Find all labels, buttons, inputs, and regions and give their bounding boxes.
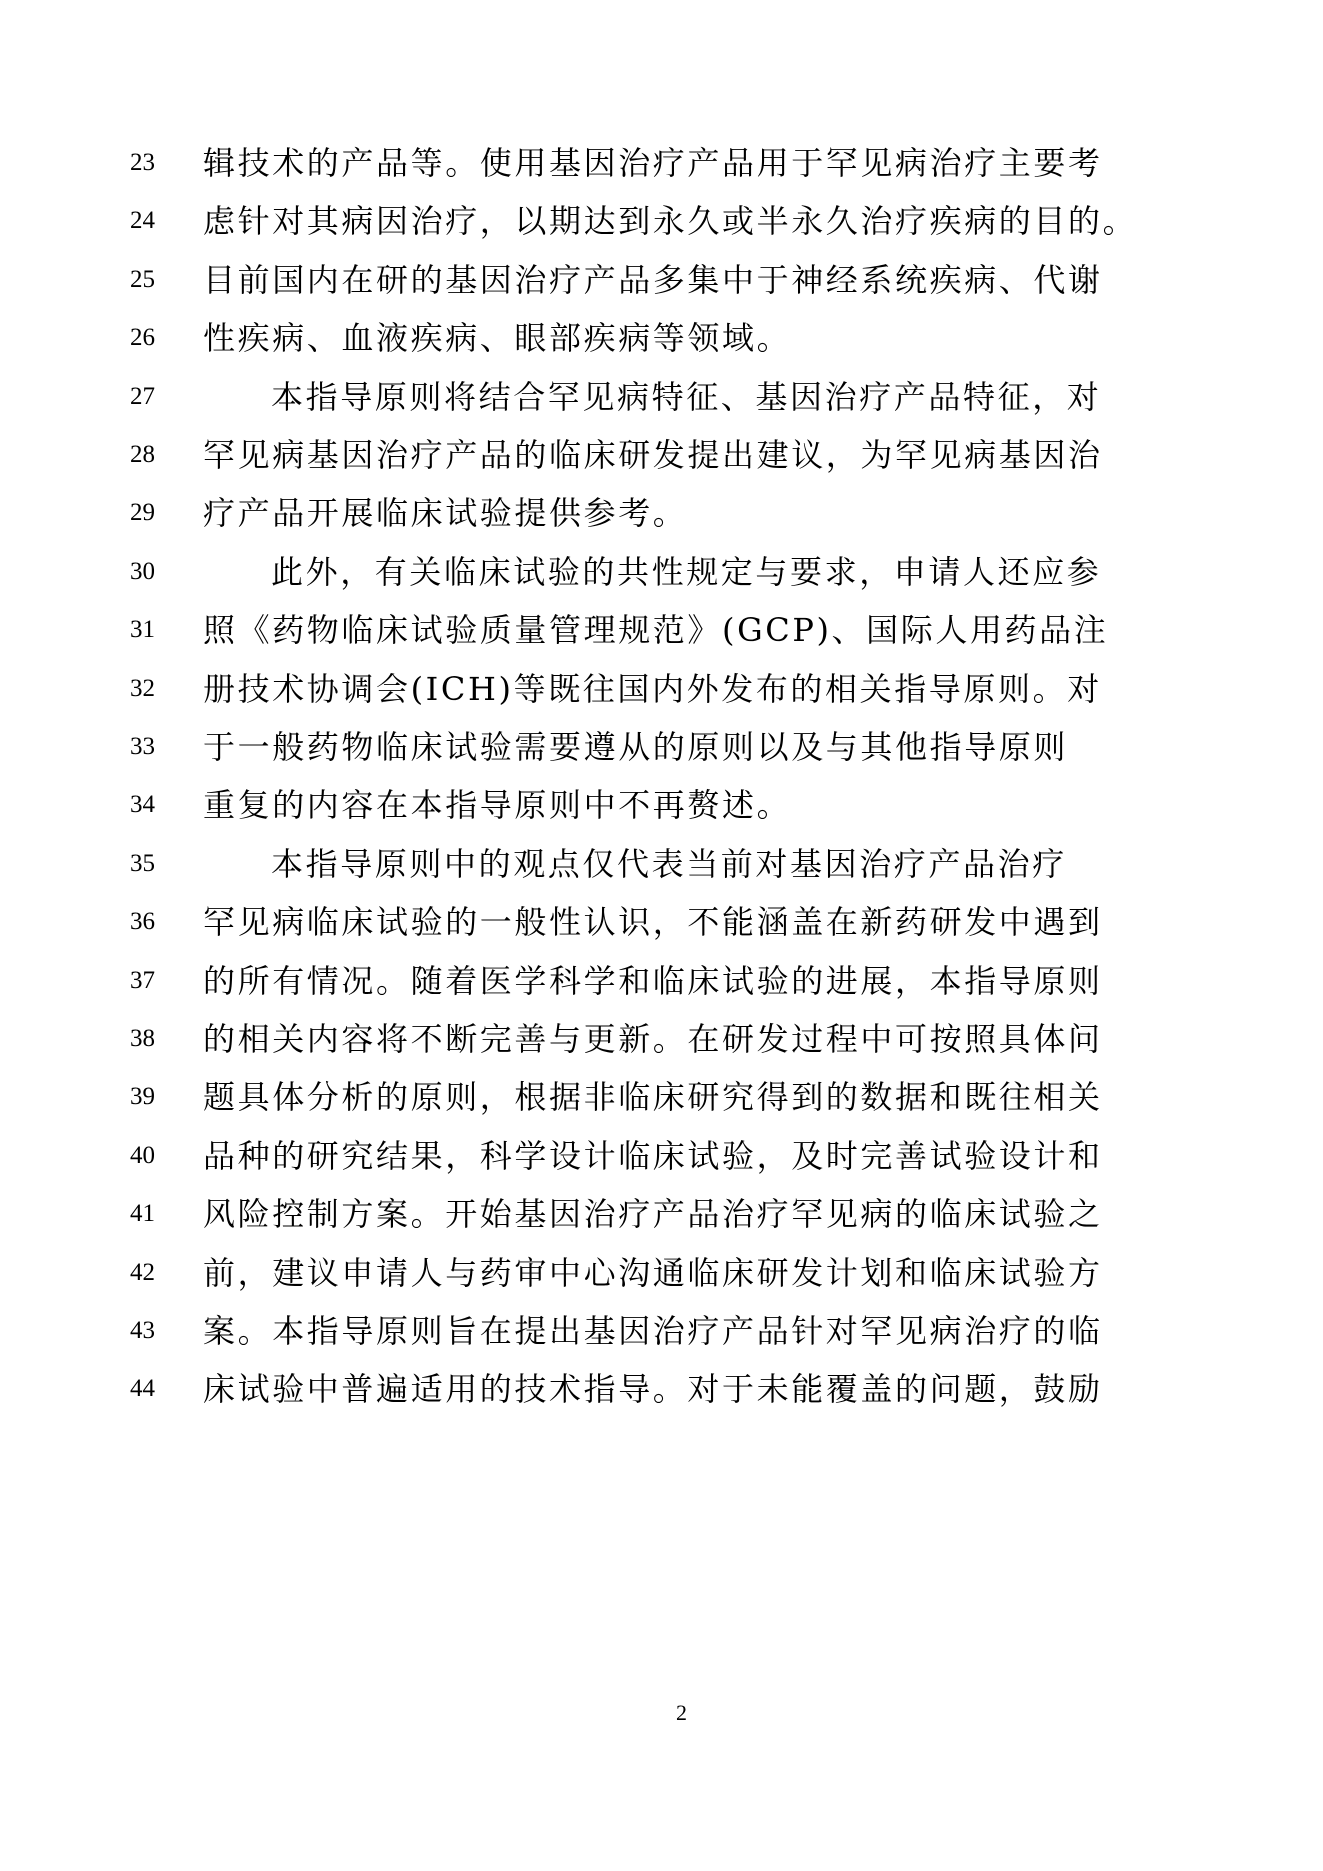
line-text: 床试验中普遍适用的技术指导。对于未能覆盖的问题，鼓励 [203,1354,1138,1424]
text-line: 44床试验中普遍适用的技术指导。对于未能覆盖的问题，鼓励 [0,1354,1323,1424]
page-number: 2 [0,1700,1323,1726]
line-number: 44 [130,1354,170,1424]
document-page: 23辑技术的产品等。使用基因治疗产品用于罕见病治疗主要考24虑针对其病因治疗，以… [0,0,1323,1871]
